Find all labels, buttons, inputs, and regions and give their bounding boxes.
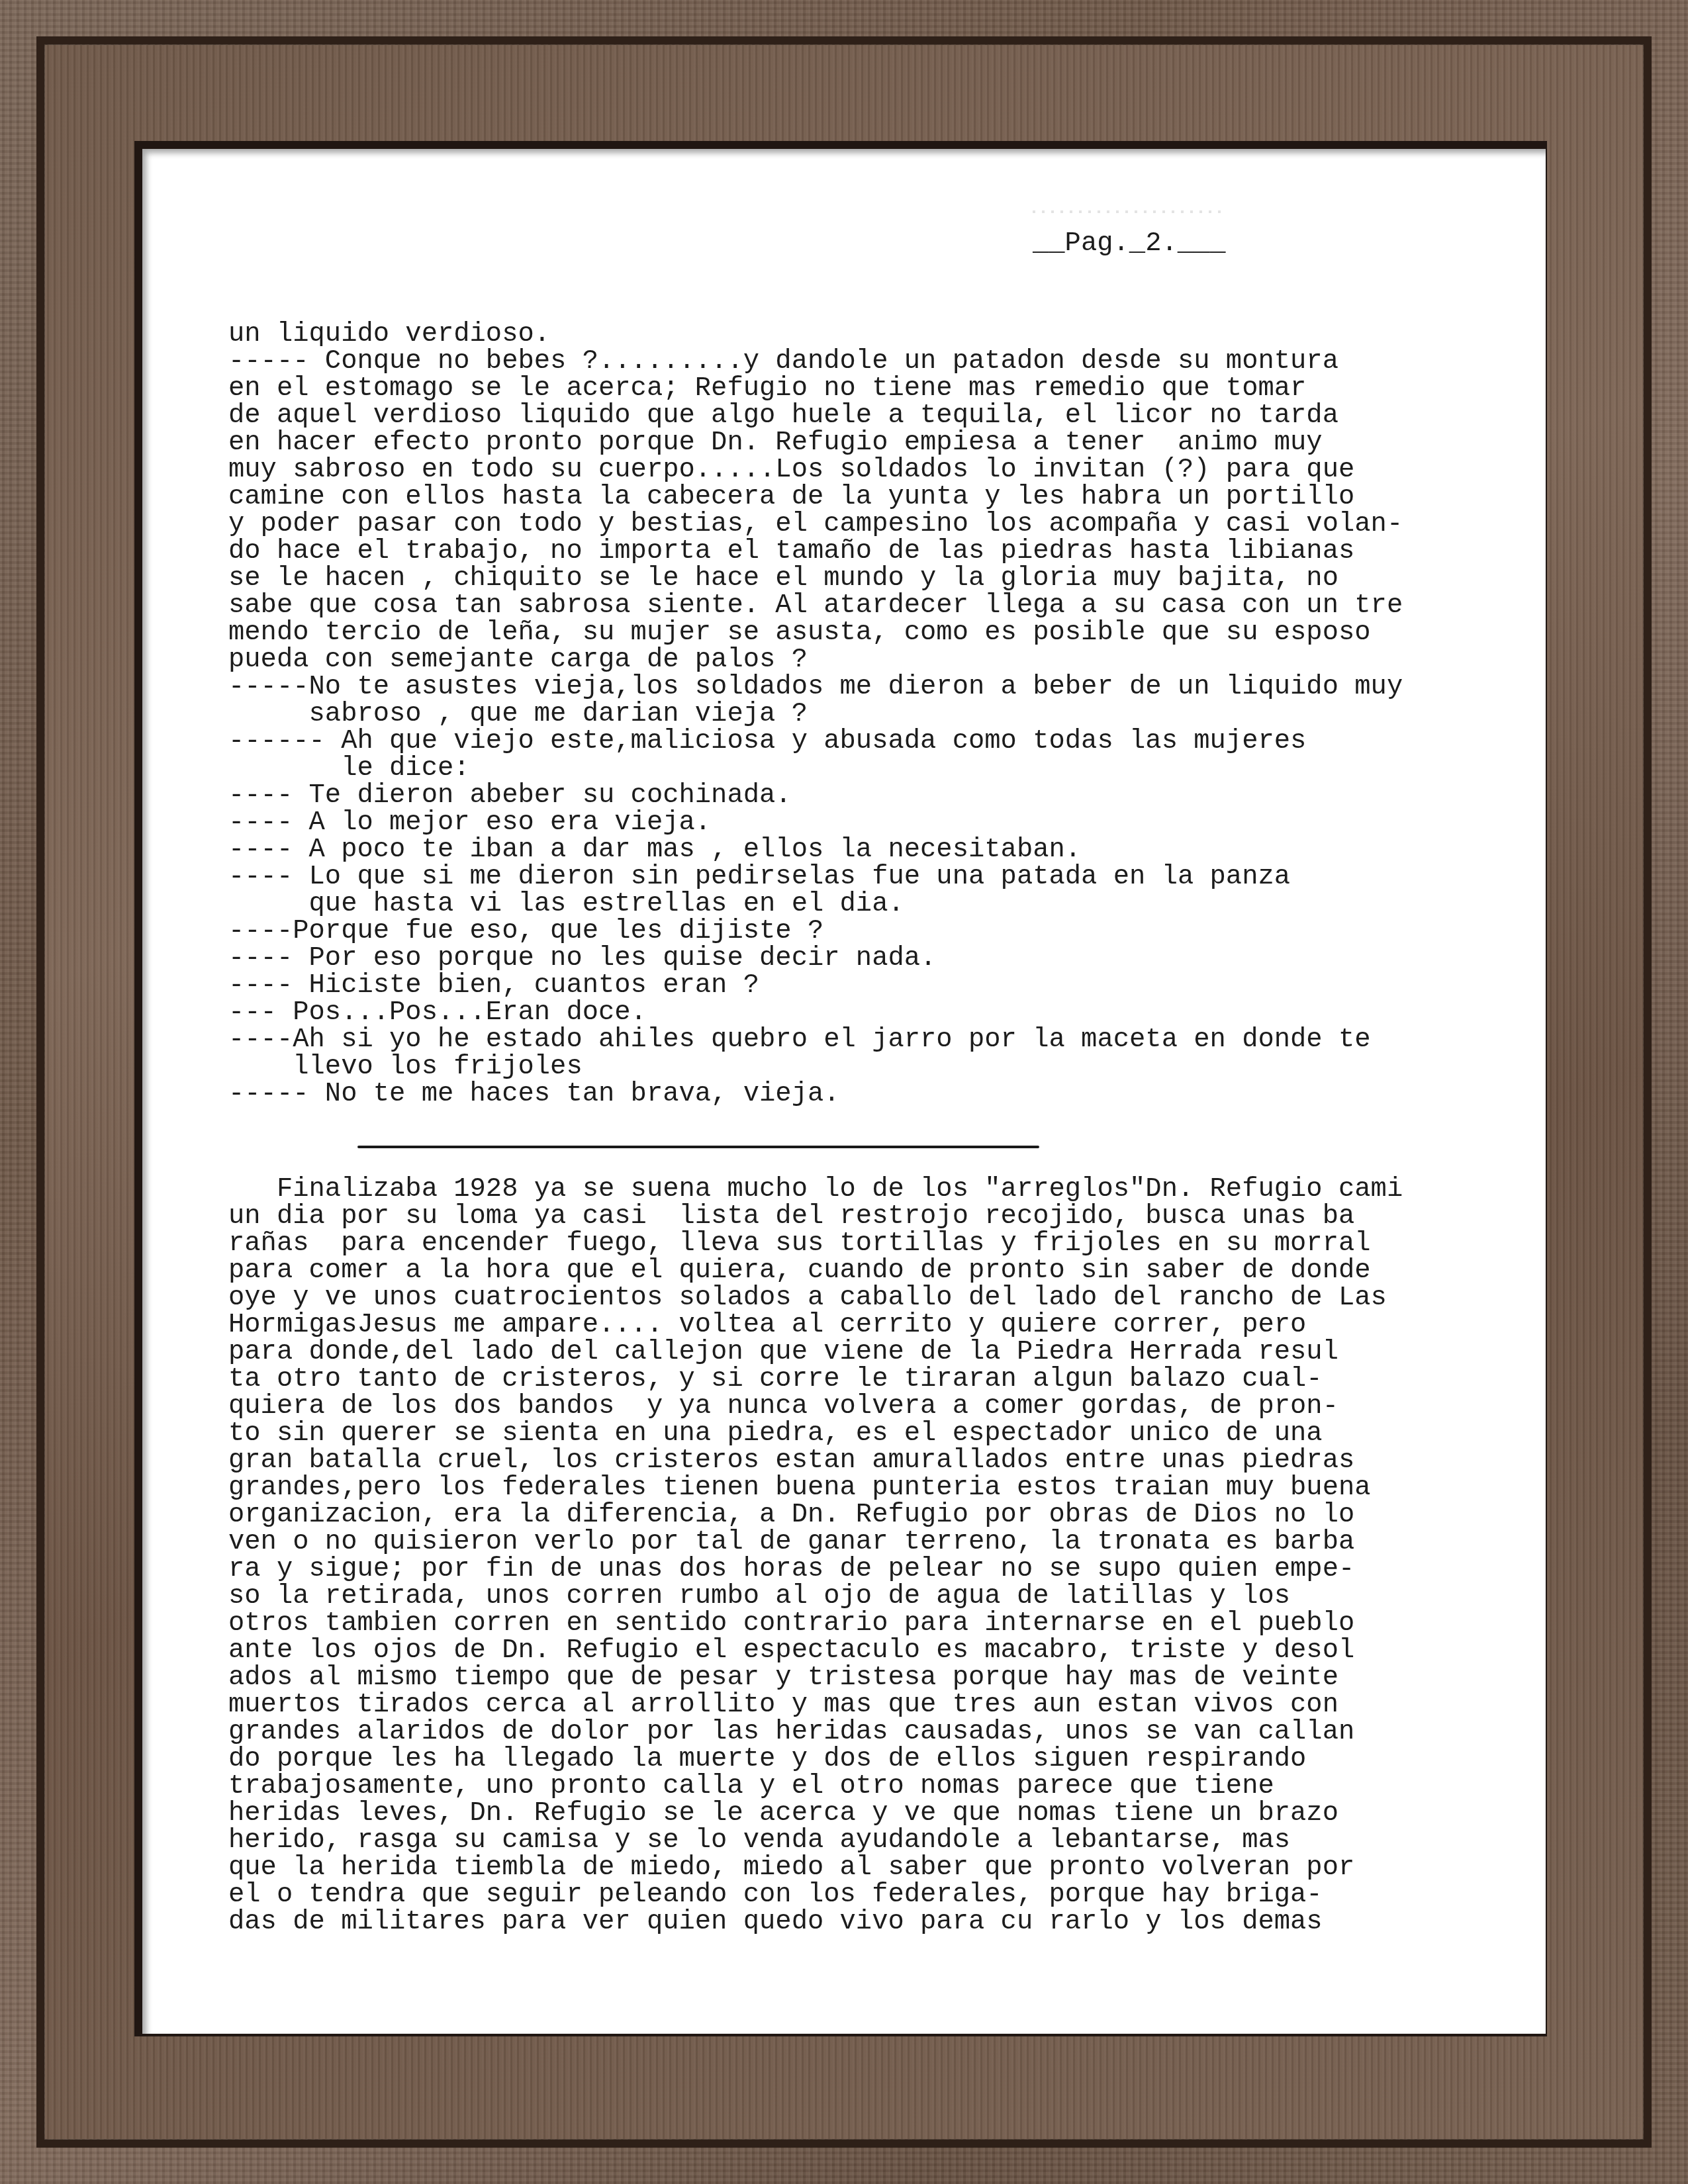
text-line: camine con ellos hasta la cabecera de la… [228,484,1403,511]
text-line: grandes alaridos de dolor por las herida… [228,1719,1403,1746]
page-number: __Pag._2.___ [1033,230,1226,257]
text-line: ante los ojos de Dn. Refugio el espectac… [228,1637,1403,1664]
text-line: muertos tirados cerca al arrollito y mas… [228,1692,1403,1719]
text-line: ---- Por eso porque no les quise decir n… [228,945,1403,972]
text-line: ra y sigue; por fin de unas dos horas de… [228,1556,1403,1583]
text-line: trabajosamente, uno pronto calla y el ot… [228,1773,1403,1800]
text-line: ---- A poco te iban a dar mas , ellos la… [228,837,1403,864]
dialogue-section: un liquido verdioso.----- Conque no bebe… [228,321,1403,1108]
text-line: das de militares para ver quien quedo vi… [228,1909,1403,1936]
text-line: --- Pos...Pos...Eran doce. [228,999,1403,1026]
text-line: ----- No te me haces tan brava, vieja. [228,1081,1403,1108]
text-line: ---- Te dieron abeber su cochinada. [228,782,1403,809]
text-line: ---- Lo que si me dieron sin pedirselas … [228,864,1403,891]
text-line: -----No te asustes vieja,los soldados me… [228,674,1403,701]
text-line: ----Porque fue eso, que les dijiste ? [228,918,1403,945]
text-line: ---- A lo mejor eso era vieja. [228,809,1403,837]
text-line: para comer a la hora que el quiera, cuan… [228,1257,1403,1285]
text-line: que hasta vi las estrellas en el dia. [228,891,1403,918]
text-line: ta otro tanto de cristeros, y si corre l… [228,1366,1403,1393]
text-line: en el estomago se le acerca; Refugio no … [228,375,1403,402]
text-line: rañas para encender fuego, lleva sus tor… [228,1230,1403,1257]
text-line: herido, rasga su camisa y se lo venda ay… [228,1827,1403,1854]
text-line: sabroso , que me darian vieja ? [228,701,1403,728]
text-line: para donde,del lado del callejon que vie… [228,1339,1403,1366]
text-line: y poder pasar con todo y bestias, el cam… [228,511,1403,538]
text-line: ------ Ah que viejo este,maliciosa y abu… [228,728,1403,755]
text-line: un dia por su loma ya casi lista del res… [228,1203,1403,1230]
text-line: ----Ah si yo he estado ahiles quebro el … [228,1026,1403,1054]
text-line: el o tendra que seguir peleando con los … [228,1882,1403,1909]
text-line: llevo los frijoles [228,1054,1403,1081]
text-line: ados al mismo tiempo que de pesar y tris… [228,1664,1403,1692]
text-line: en hacer efecto pronto porque Dn. Refugi… [228,430,1403,457]
text-line: gran batalla cruel, los cristeros estan … [228,1447,1403,1475]
text-line: oye y ve unos cuatrocientos solados a ca… [228,1285,1403,1312]
faint-typewriter-marks [1033,210,1225,213]
text-line: to sin querer se sienta en una piedra, e… [228,1420,1403,1447]
text-line: le dice: [228,755,1403,782]
narrative-paragraph: Finalizaba 1928 ya se suena mucho lo de … [228,1176,1403,1936]
text-line: un liquido verdioso. [228,321,1403,348]
text-line: ven o no quisieron verlo por tal de gana… [228,1529,1403,1556]
text-line: quiera de los dos bandos y ya nunca volv… [228,1393,1403,1420]
text-line: pueda con semejante carga de palos ? [228,647,1403,674]
text-line: ----- Conque no bebes ?.........y dandol… [228,348,1403,375]
text-line: mendo tercio de leña, su mujer se asusta… [228,619,1403,647]
text-line: so la retirada, unos corren rumbo al ojo… [228,1583,1403,1610]
text-line: otros tambien corren en sentido contrari… [228,1610,1403,1637]
text-line: grandes,pero los federales tienen buena … [228,1475,1403,1502]
text-line: do hace el trabajo, no importa el tamaño… [228,538,1403,565]
text-line: Finalizaba 1928 ya se suena mucho lo de … [228,1176,1403,1203]
text-line: sabe que cosa tan sabrosa siente. Al ata… [228,592,1403,619]
text-line: organizacion, era la diferencia, a Dn. R… [228,1502,1403,1529]
text-line: de aquel verdioso liquido que algo huele… [228,402,1403,430]
text-line: se le hacen , chiquito se le hace el mun… [228,565,1403,592]
section-divider-rule [357,1146,1039,1148]
text-line: ---- Hiciste bien, cuantos eran ? [228,972,1403,999]
text-line: do porque les ha llegado la muerte y dos… [228,1746,1403,1773]
text-line: muy sabroso en todo su cuerpo.....Los so… [228,457,1403,484]
text-line: HormigasJesus me ampare.... voltea al ce… [228,1312,1403,1339]
text-line: que la herida tiembla de miedo, miedo al… [228,1854,1403,1882]
text-line: heridas leves, Dn. Refugio se le acerca … [228,1800,1403,1827]
